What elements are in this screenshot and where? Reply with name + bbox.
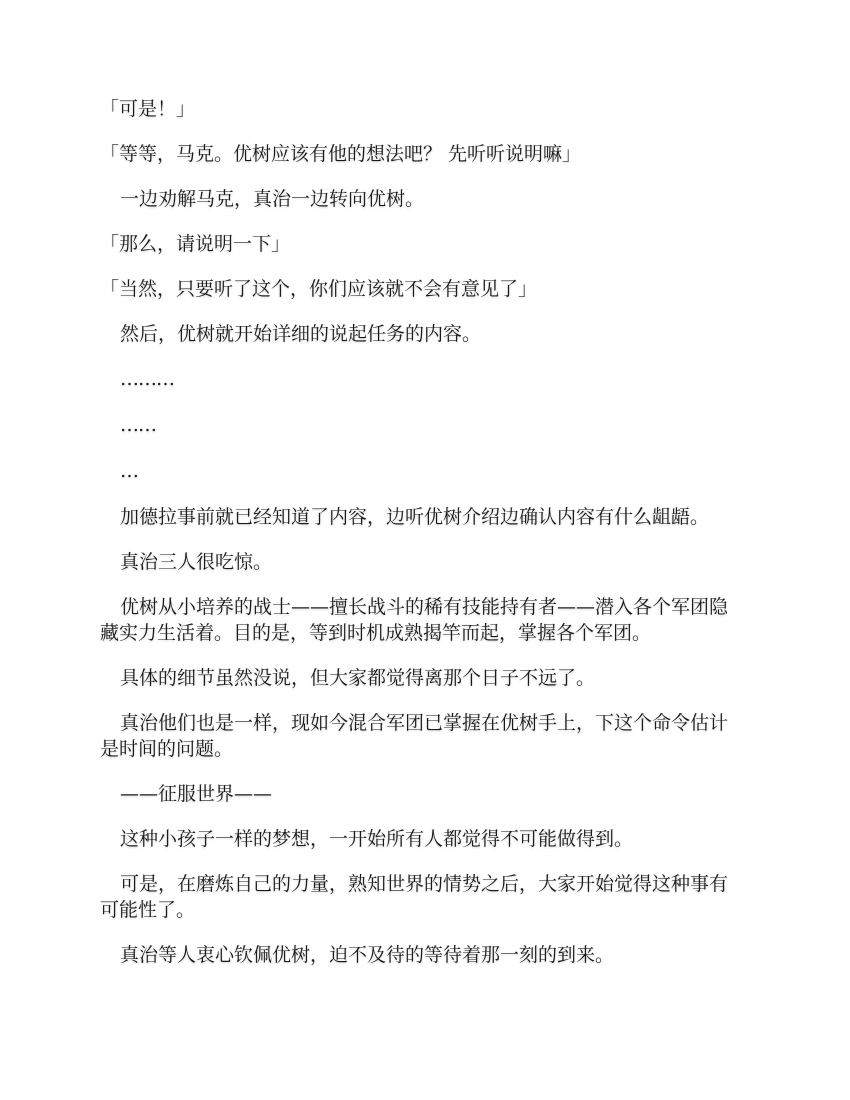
section-heading-paragraph: ——征服世界——: [100, 781, 740, 807]
ellipsis-paragraph: …: [100, 458, 740, 484]
narration-paragraph: 可是，在磨炼自己的力量，熟知世界的情势之后，大家开始觉得这种事有可能性了。: [100, 871, 740, 923]
dialogue-paragraph: 「那么，请说明一下」: [100, 231, 740, 257]
narration-paragraph: 优树从小培养的战士——擅长战斗的稀有技能持有者——潜入各个军团隐藏实力生活着。目…: [100, 594, 740, 646]
dialogue-paragraph: 「可是！」: [100, 96, 740, 122]
dialogue-paragraph: 「当然，只要听了这个，你们应该就不会有意见了」: [100, 276, 740, 302]
narration-paragraph: 然后，优树就开始详细的说起任务的内容。: [100, 321, 740, 347]
narration-paragraph: 加德拉事前就已经知道了内容，边听优树介绍边确认内容有什么龃龉。: [100, 504, 740, 530]
narration-paragraph: 一边劝解马克，真治一边转向优树。: [100, 186, 740, 212]
ellipsis-paragraph: ………: [100, 366, 740, 392]
document-page: 「可是！」 「等等，马克。优树应该有他的想法吧？ 先听听说明嘛」 一边劝解马克，…: [100, 96, 740, 987]
dialogue-paragraph: 「等等，马克。优树应该有他的想法吧？ 先听听说明嘛」: [100, 141, 740, 167]
narration-paragraph: 真治他们也是一样，现如今混合军团已掌握在优树手上，下这个命令估计是时间的问题。: [100, 710, 740, 762]
ellipsis-paragraph: ……: [100, 412, 740, 438]
narration-paragraph: 真治等人衷心钦佩优树，迫不及待的等待着那一刻的到来。: [100, 942, 740, 968]
narration-paragraph: 这种小孩子一样的梦想，一开始所有人都觉得不可能做得到。: [100, 826, 740, 852]
narration-paragraph: 具体的细节虽然没说，但大家都觉得离那个日子不远了。: [100, 665, 740, 691]
narration-paragraph: 真治三人很吃惊。: [100, 549, 740, 575]
